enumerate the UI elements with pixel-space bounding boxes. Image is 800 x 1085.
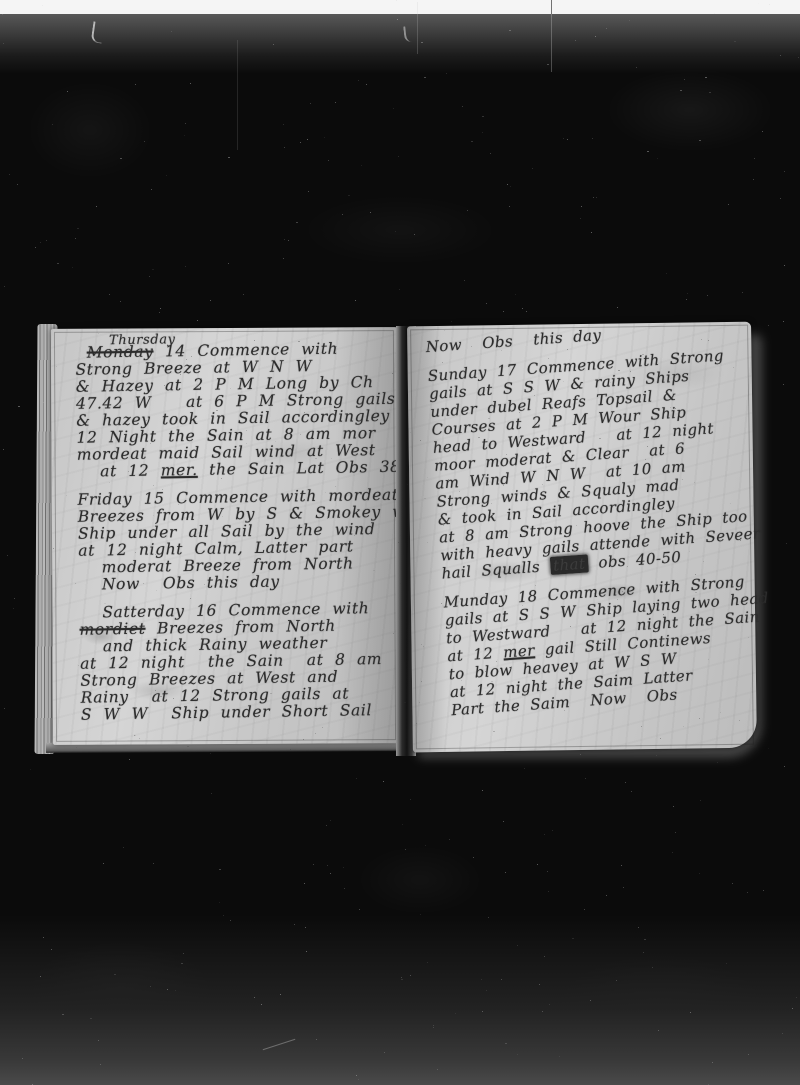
dust-speck — [7, 555, 8, 556]
dust-speck — [3, 449, 4, 450]
underlined-word: mer — [503, 641, 536, 661]
film-top-fade — [0, 14, 800, 74]
film-mottle-upper — [0, 70, 800, 330]
manuscript-entry: Satterday 16 Commence withmordiet Breeze… — [79, 600, 399, 724]
film-bottom-fade — [0, 915, 800, 1085]
blotted-word: that — [549, 554, 588, 575]
dust-speck — [13, 608, 14, 609]
dust-speck — [786, 543, 787, 544]
dust-speck — [783, 384, 784, 385]
dust-speck — [14, 598, 15, 599]
manuscript-line: S W W Ship under Short Sail — [81, 702, 399, 724]
manuscript-entry: Sunday 17 Commence with Stronggails at S… — [427, 345, 761, 583]
film-top-strip — [0, 0, 800, 14]
dust-speck — [4, 708, 5, 709]
manuscript-entry: Thursday Monday 14 Commence withStrong B… — [75, 330, 395, 481]
right-page-text: Now Obs this daySunday 17 Commence with … — [425, 316, 772, 730]
film-frame: Thursday Monday 14 Commence withStrong B… — [0, 0, 800, 1085]
dust-speck — [18, 406, 20, 407]
left-page: Thursday Monday 14 Commence withStrong B… — [51, 327, 399, 745]
right-page: Now Obs this daySunday 17 Commence with … — [407, 322, 757, 753]
underlined-word: mer. — [161, 461, 198, 480]
left-page-text: Thursday Monday 14 Commence withStrong B… — [75, 330, 399, 735]
manuscript-entry: Friday 15 Commence with mordeatBreezes f… — [77, 487, 397, 594]
open-logbook: Thursday Monday 14 Commence withStrong B… — [34, 318, 776, 764]
manuscript-entry: Munday 18 Commence with Stronggails at S… — [443, 571, 771, 719]
manuscript-line: Now Obs this day — [79, 572, 397, 594]
manuscript-line: at 12 mer. the Sain Lat Obs 38.52.45 — [77, 459, 395, 481]
